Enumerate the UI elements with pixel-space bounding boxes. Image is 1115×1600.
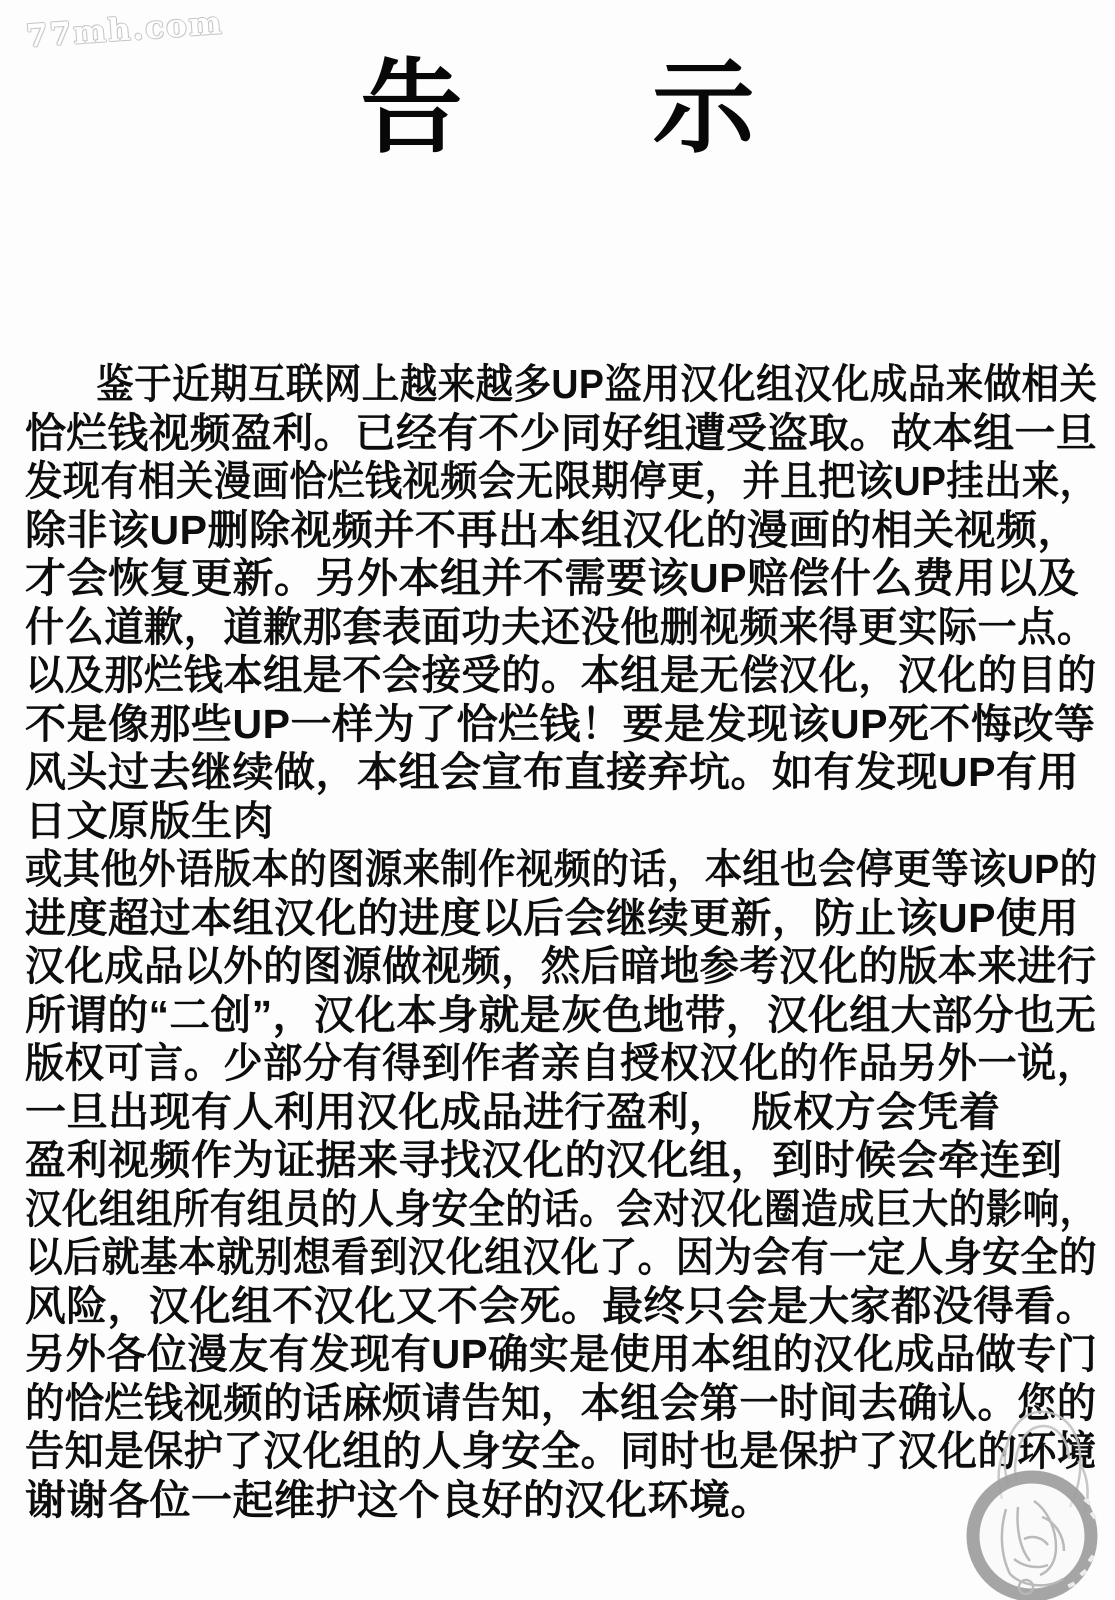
body-line: 恰烂钱视频盈利。已经有不少同好组遭受盗取。故本组一旦 bbox=[25, 409, 1090, 458]
body-line: 风险，汉化组不汉化又不会死。最终只会是大家都没得看。 bbox=[25, 1282, 1090, 1331]
body-line: 告知是保护了汉化组的人身安全。同时也是保护了汉化的环境 bbox=[25, 1427, 1050, 1476]
site-watermark: 77mh.com bbox=[25, 5, 225, 55]
body-line: 以及那烂钱本组是不会接受的。本组是无偿汉化，汉化的目的 bbox=[25, 651, 1050, 700]
body-line: 汉化成品以外的图源做视频，然后暗地参考汉化的版本来进行 bbox=[25, 942, 1050, 991]
group-seal-stamp-icon bbox=[938, 1388, 1115, 1600]
body-line: 进度超过本组汉化的进度以后会继续更新，防止该UP使用 bbox=[25, 894, 1097, 943]
body-line: 所谓的“二创”，汉化本身就是灰色地带，汉化组大部分也无 bbox=[25, 991, 1089, 1040]
title-char-2: 示 bbox=[653, 52, 755, 164]
body-line: 除非该UP删除视频并不再出本组汉化的漫画的相关视频， bbox=[25, 506, 1097, 555]
page-title: 告 示 bbox=[0, 52, 1115, 164]
body-line: 或其他外语版本的图源来制作视频的话，本组也会停更等该UP的 bbox=[25, 845, 1001, 894]
notice-page: 77mh.com 告 示 鉴于近期互联网上越来越多UP盗用汉化组汉化成品来做相关… bbox=[0, 0, 1115, 1600]
notice-body: 鉴于近期互联网上越来越多UP盗用汉化组汉化成品来做相关恰烂钱视频盈利。已经有不少… bbox=[25, 360, 1097, 1524]
body-line: 日文原版生肉 bbox=[25, 797, 1097, 846]
body-line: 版权可言。少部分有得到作者亲自授权汉化的作品另外一说， bbox=[25, 1039, 1050, 1088]
body-line: 发现有相关漫画恰烂钱视频会无限期停更，并且把该UP挂出来， bbox=[25, 457, 1001, 506]
body-line: 汉化组组所有组员的人身安全的话。会对汉化圈造成巨大的影响， bbox=[25, 1185, 979, 1234]
body-line: 一旦出现有人利用汉化成品进行盈利， 版权方会凭着 bbox=[25, 1088, 1097, 1137]
body-line: 风头过去继续做，本组会宣布直接弃坑。如有发现UP有用 bbox=[25, 748, 1097, 797]
body-line: 什么道歉，道歉那套表面功夫还没他删视频来得更实际一点。 bbox=[25, 603, 1050, 652]
body-line: 才会恢复更新。另外本组并不需要该UP赔偿什么费用以及 bbox=[25, 554, 1097, 603]
body-line: 盈利视频作为证据来寻找汉化的汉化组，到时候会牵连到 bbox=[25, 1136, 1097, 1185]
body-line: 谢谢各位一起维护这个良好的汉化环境。 bbox=[25, 1476, 1097, 1525]
title-char-1: 告 bbox=[361, 52, 463, 164]
body-line: 鉴于近期互联网上越来越多UP盗用汉化组汉化成品来做相关 bbox=[25, 360, 1005, 409]
body-line: 的恰烂钱视频的话麻烦请告知，本组会第一时间去确认。您的 bbox=[25, 1379, 1050, 1428]
body-line: 以后就基本就别想看到汉化组汉化了。因为会有一定人身安全的 bbox=[25, 1233, 1014, 1282]
body-line: 不是像那些UP一样为了恰烂钱！要是发现该UP死不悔改等 bbox=[25, 700, 1097, 749]
body-line: 另外各位漫友有发现有UP确实是使用本组的汉化成品做专门 bbox=[25, 1330, 1074, 1379]
